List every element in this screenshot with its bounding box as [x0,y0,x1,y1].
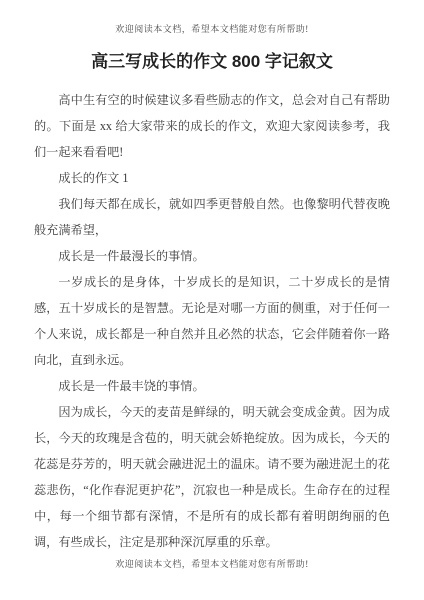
document-page: 欢迎阅读本文档，希望本文档能对您有所帮助! 高三写成长的作文 800 字记叙文 … [0,0,424,600]
topic-sentence: 成长是一件最丰饶的事情。 [34,373,390,399]
section-heading: 成长的作文 1 [34,165,390,191]
body-paragraph: 因为成长，今天的麦苗是鲜绿的，明天就会变成金黄。因为成长，今天的玫瑰是含苞的，明… [34,399,390,555]
header-note: 欢迎阅读本文档，希望本文档能对您有所帮助! [0,0,424,35]
footer-note: 欢迎阅读本文档，希望本文档能对您有所帮助! [0,557,424,570]
body-paragraph: 我们每天都在成长，就如四季更替般自然。也像黎明代替夜晚般充满希望， [34,191,390,243]
intro-paragraph: 高中生有空的时候建议多看些励志的作文，总会对自己有帮助的。下面是 xx 给大家带… [34,87,390,165]
topic-sentence: 成长是一件最漫长的事情。 [34,243,390,269]
body-paragraph: 一岁成长的是身体，十岁成长的是知识，二十岁成长的是情感，五十岁成长的是智慧。无论… [34,269,390,373]
page-title: 高三写成长的作文 800 字记叙文 [0,48,424,76]
document-body: 高中生有空的时候建议多看些励志的作文，总会对自己有帮助的。下面是 xx 给大家带… [34,87,390,555]
